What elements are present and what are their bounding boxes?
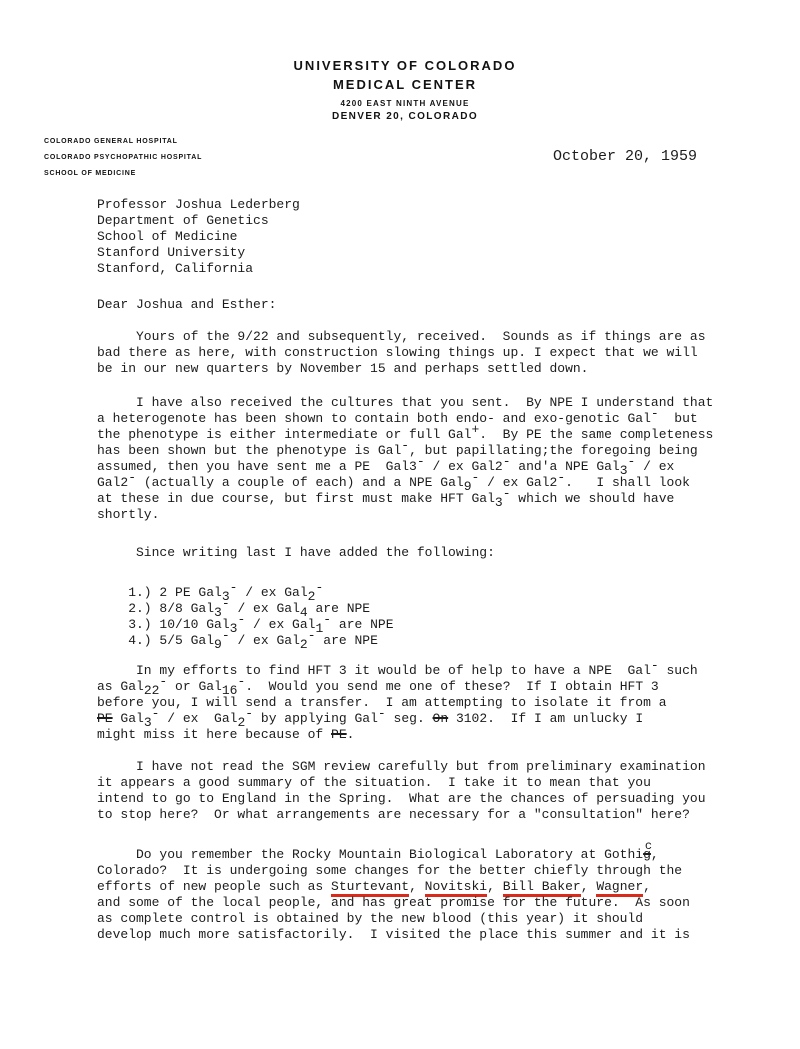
- superscript-text: -: [222, 596, 230, 611]
- text-segment: has been shown but the phenotype is Gal: [97, 443, 401, 458]
- text-segment: Yours of the 9/22 and subsequently, rece…: [97, 329, 706, 344]
- superscript-text: -: [378, 706, 386, 721]
- superscript-text: -: [237, 674, 245, 689]
- superscript-text: -: [557, 470, 565, 485]
- letter-line: Yours of the 9/22 and subsequently, rece…: [97, 329, 777, 345]
- text-segment: which we should have: [511, 491, 675, 506]
- text-segment: Since writing last I have added the foll…: [97, 545, 495, 560]
- text-segment: (actually a couple of each) and a NPE Ga…: [136, 475, 464, 490]
- overstruck-text: On: [433, 711, 449, 726]
- letter-line: Department of Genetics: [97, 213, 777, 229]
- letter-line: to stop here? Or what arrangements are n…: [97, 807, 777, 823]
- hospital-affiliations: COLORADO GENERAL HOSPITAL COLORADO PSYCH…: [44, 138, 202, 186]
- letter-line: might miss it here because of PE.: [97, 727, 777, 743]
- letter-line: be in our new quarters by November 15 an…: [97, 361, 777, 377]
- superscript-text: -: [417, 454, 425, 469]
- superscript-text: -: [628, 454, 636, 469]
- text-segment: by applying Gal: [253, 711, 378, 726]
- letter-line: the phenotype is either intermediate or …: [97, 427, 777, 443]
- letter-line: intend to go to England in the Spring. W…: [97, 791, 777, 807]
- letter-line: Professor Joshua Lederberg: [97, 197, 777, 213]
- superscript-text: -: [323, 612, 331, 627]
- text-segment: efforts of new people such as: [97, 879, 331, 894]
- text-segment: Professor Joshua Lederberg: [97, 197, 300, 212]
- letter-line: In my efforts to find HFT 3 it would be …: [97, 663, 777, 679]
- letter-body: Professor Joshua LederbergDepartment of …: [97, 197, 777, 943]
- letter-line: Dear Joshua and Esther:: [97, 297, 777, 313]
- superscript-text: -: [230, 580, 238, 595]
- text-segment: Gal2: [97, 475, 128, 490]
- subscript-text: 22: [144, 683, 160, 698]
- superscript-text: -: [651, 406, 659, 421]
- text-segment: . By PE the same completeness: [479, 427, 713, 442]
- address: Professor Joshua LederbergDepartment of …: [97, 197, 777, 277]
- letter-page: UNIVERSITY OF COLORADO MEDICAL CENTER 42…: [0, 0, 800, 1049]
- text-segment: , but papillating;the foregoing being: [409, 443, 698, 458]
- text-segment: Stanford University: [97, 245, 245, 260]
- text-segment: and some of the local people, and has gr…: [97, 895, 690, 910]
- affiliation-colorado-psychopathic: COLORADO PSYCHOPATHIC HOSPITAL: [44, 154, 202, 161]
- text-segment: / ex Gal2: [425, 459, 503, 474]
- text-segment: at these in due course, but first must m…: [97, 491, 495, 506]
- superscript-text: -: [245, 706, 253, 721]
- text-segment: might miss it here because of: [97, 727, 331, 742]
- text-segment: Do you remember the Rocky Mountain Biolo…: [97, 847, 643, 862]
- text-segment: 2.) 8/8 Gal: [97, 601, 214, 616]
- superscript-text: -: [503, 454, 511, 469]
- text-segment: such: [659, 663, 698, 678]
- text-segment: Dear Joshua and Esther:: [97, 297, 276, 312]
- text-segment: 3.) 10/10 Gal: [97, 617, 230, 632]
- para-2: I have also received the cultures that y…: [97, 395, 777, 523]
- para-1: Yours of the 9/22 and subsequently, rece…: [97, 329, 777, 377]
- text-segment: bad there as here, with construction slo…: [97, 345, 698, 360]
- superscript-text: -: [401, 438, 409, 453]
- letter-line: School of Medicine: [97, 229, 777, 245]
- subscript-text: 3: [620, 463, 628, 478]
- text-segment: ,: [643, 879, 651, 894]
- text-segment: ,: [581, 879, 597, 894]
- text-segment: to stop here? Or what arrangements are n…: [97, 807, 690, 822]
- letterhead-street-address: 4200 EAST NINTH AVENUE: [0, 99, 800, 108]
- superscript-text: +: [471, 422, 479, 437]
- letter-line: 1.) 2 PE Gal3- / ex Gal2-: [97, 585, 777, 601]
- text-segment: I have not read the SGM review carefully…: [97, 759, 706, 774]
- letter-line: efforts of new people such as Sturtevant…: [97, 879, 777, 895]
- letter-line: PE Gal3- / ex Gal2- by applying Gal- seg…: [97, 711, 777, 727]
- letterhead-university: UNIVERSITY OF COLORADO: [0, 58, 800, 73]
- text-segment: or Gal: [167, 679, 222, 694]
- overtyped-correction: c: [645, 838, 652, 854]
- letter-line: 2.) 8/8 Gal3- / ex Gal4 are NPE: [97, 601, 777, 617]
- letter-line: before you, I will send a transfer. I am…: [97, 695, 777, 711]
- subscript-text: 2: [300, 637, 308, 652]
- letter-line: I have not read the SGM review carefully…: [97, 759, 777, 775]
- letter-line: 3.) 10/10 Gal3- / ex Gal1- are NPE: [97, 617, 777, 633]
- text-segment: it appears a good summary of the situati…: [97, 775, 651, 790]
- text-segment: Gal: [113, 711, 144, 726]
- text-segment: / ex Gal: [159, 711, 237, 726]
- subscript-text: 3: [214, 605, 222, 620]
- text-segment: In my efforts to find HFT 3 it would be …: [97, 663, 651, 678]
- letter-line: at these in due course, but first must m…: [97, 491, 777, 507]
- text-segment: .: [347, 727, 355, 742]
- superscript-text: -: [237, 612, 245, 627]
- overstruck-text: PE: [97, 711, 113, 726]
- subscript-text: 9: [464, 479, 472, 494]
- superscript-text: -: [315, 580, 323, 595]
- text-segment: develop much more satisfactorily. I visi…: [97, 927, 690, 942]
- text-segment: / ex Gal2: [479, 475, 557, 490]
- letter-line: bad there as here, with construction slo…: [97, 345, 777, 361]
- text-segment: as complete control is obtained by the n…: [97, 911, 643, 926]
- text-segment: . Would you send me one of these? If I o…: [245, 679, 658, 694]
- text-segment: are NPE: [308, 601, 370, 616]
- text-segment: shortly.: [97, 507, 159, 522]
- affiliation-colorado-general: COLORADO GENERAL HOSPITAL: [44, 138, 202, 145]
- text-segment: I have also received the cultures that y…: [97, 395, 713, 410]
- subscript-text: 4: [300, 605, 308, 620]
- text-segment: 3102. If I am unlucky I: [448, 711, 643, 726]
- text-segment: Stanford, California: [97, 261, 253, 276]
- text-segment: Department of Genetics: [97, 213, 269, 228]
- text-segment: a heterogenote has been shown to contain…: [97, 411, 651, 426]
- text-segment: 1.) 2 PE Gal: [97, 585, 222, 600]
- letter-line: I have also received the cultures that y…: [97, 395, 777, 411]
- letter-line: Since writing last I have added the foll…: [97, 545, 777, 561]
- letter-line: 4.) 5/5 Gal9- / ex Gal2- are NPE: [97, 633, 777, 649]
- letter-line: Do you remember the Rocky Mountain Biolo…: [97, 847, 777, 863]
- text-segment: / ex Gal: [237, 585, 307, 600]
- letterhead-medical-center: MEDICAL CENTER: [0, 77, 800, 92]
- text-segment: / ex Gal: [230, 633, 300, 648]
- superscript-text: -: [651, 658, 659, 673]
- letterhead-city: DENVER 20, COLORADO: [0, 111, 800, 122]
- letter-line: has been shown but the phenotype is Gal-…: [97, 443, 777, 459]
- text-segment: Colorado? It is undergoing some changes …: [97, 863, 682, 878]
- subscript-text: 3: [495, 495, 503, 510]
- text-segment: seg.: [386, 711, 433, 726]
- salutation: Dear Joshua and Esther:: [97, 297, 777, 313]
- letter-line: Colorado? It is undergoing some changes …: [97, 863, 777, 879]
- overstruck-text: PE: [331, 727, 347, 742]
- subscript-text: 9: [214, 637, 222, 652]
- letterhead: UNIVERSITY OF COLORADO MEDICAL CENTER 42…: [0, 58, 800, 122]
- overstruck-text: gc: [643, 847, 651, 862]
- text-segment: 4.) 5/5 Gal: [97, 633, 214, 648]
- superscript-text: -: [503, 486, 511, 501]
- text-segment: / ex: [635, 459, 674, 474]
- letter-line: develop much more satisfactorily. I visi…: [97, 927, 777, 943]
- superscript-text: -: [472, 470, 480, 485]
- text-segment: the phenotype is either intermediate or …: [97, 427, 471, 442]
- letter-date: October 20, 1959: [553, 148, 697, 165]
- para-3: Since writing last I have added the foll…: [97, 545, 777, 561]
- superscript-text: -: [222, 628, 230, 643]
- letter-line: it appears a good summary of the situati…: [97, 775, 777, 791]
- text-segment: as Gal: [97, 679, 144, 694]
- text-segment: and'a NPE Gal: [511, 459, 620, 474]
- letter-line: Gal2- (actually a couple of each) and a …: [97, 475, 777, 491]
- letter-line: assumed, then you have sent me a PE Gal3…: [97, 459, 777, 475]
- text-segment: ,: [487, 879, 503, 894]
- subscript-text: 16: [222, 683, 238, 698]
- para-6: Do you remember the Rocky Mountain Biolo…: [97, 847, 777, 943]
- text-segment: ,: [409, 879, 425, 894]
- superscript-text: -: [128, 470, 136, 485]
- letter-line: and some of the local people, and has gr…: [97, 895, 777, 911]
- affiliation-school-of-medicine: SCHOOL OF MEDICINE: [44, 170, 202, 177]
- text-segment: School of Medicine: [97, 229, 237, 244]
- text-segment: assumed, then you have sent me a PE Gal3: [97, 459, 417, 474]
- text-segment: but: [659, 411, 698, 426]
- superscript-text: -: [152, 706, 160, 721]
- subscript-text: 3: [144, 715, 152, 730]
- text-segment: be in our new quarters by November 15 an…: [97, 361, 588, 376]
- letter-line: as complete control is obtained by the n…: [97, 911, 777, 927]
- para-4: In my efforts to find HFT 3 it would be …: [97, 663, 777, 743]
- list: 1.) 2 PE Gal3- / ex Gal2- 2.) 8/8 Gal3- …: [97, 585, 777, 649]
- para-5: I have not read the SGM review carefully…: [97, 759, 777, 823]
- text-segment: intend to go to England in the Spring. W…: [97, 791, 706, 806]
- superscript-text: -: [159, 674, 167, 689]
- text-segment: are NPE: [316, 633, 378, 648]
- text-segment: are NPE: [331, 617, 393, 632]
- letter-line: Stanford, California: [97, 261, 777, 277]
- superscript-text: -: [308, 628, 316, 643]
- letter-line: Stanford University: [97, 245, 777, 261]
- letter-line: shortly.: [97, 507, 777, 523]
- letter-line: as Gal22- or Gal16-. Would you send me o…: [97, 679, 777, 695]
- letter-line: a heterogenote has been shown to contain…: [97, 411, 777, 427]
